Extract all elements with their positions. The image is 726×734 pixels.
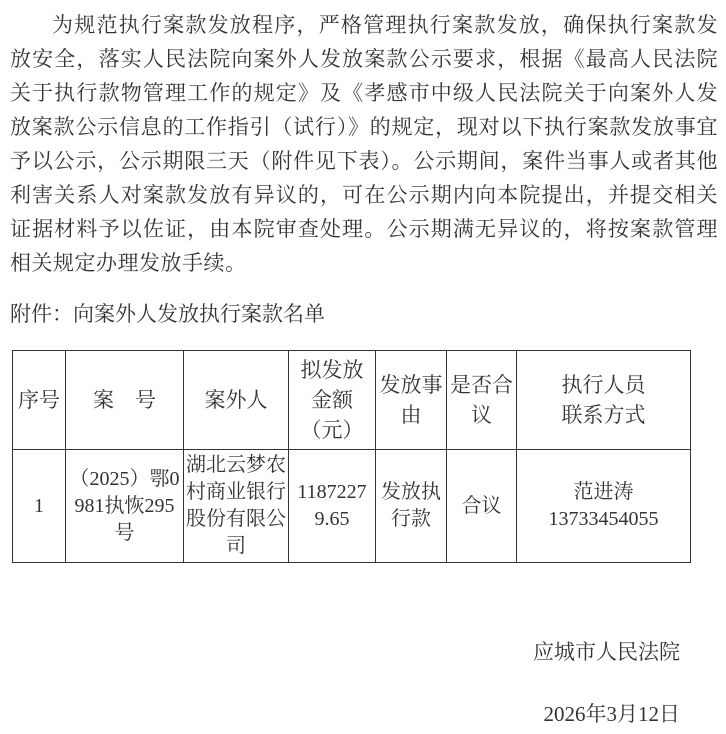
cell-case-number: （2025）鄂0981执恢295号 bbox=[66, 450, 184, 563]
cell-amount: 11872279.65 bbox=[289, 450, 376, 563]
table-row: 1 （2025）鄂0981执恢295号 湖北云梦农村商业银行股份有限公司 118… bbox=[13, 450, 691, 563]
court-announcement-document: 为规范执行案款发放程序，严格管理执行案款发放，确保执行案款发放安全，落实人民法院… bbox=[0, 0, 726, 731]
header-third-party: 案外人 bbox=[184, 351, 289, 450]
header-reason: 发放事由 bbox=[376, 351, 447, 450]
cell-panel: 合议 bbox=[447, 450, 517, 563]
header-panel: 是否合议 bbox=[447, 351, 517, 450]
announcement-paragraph: 为规范执行案款发放程序，严格管理执行案款发放，确保执行案款发放安全，落实人民法院… bbox=[10, 8, 718, 280]
table-header-row: 序号 案 号 案外人 拟发放 金额 （元） 发放事由 是否合议 执行人员 联系方… bbox=[13, 351, 691, 450]
cell-reason: 发放执行款 bbox=[376, 450, 447, 563]
cell-seq: 1 bbox=[13, 450, 66, 563]
fund-distribution-table: 序号 案 号 案外人 拟发放 金额 （元） 发放事由 是否合议 执行人员 联系方… bbox=[12, 350, 691, 563]
header-contact: 执行人员 联系方式 bbox=[517, 351, 691, 450]
header-case-number: 案 号 bbox=[66, 351, 184, 450]
header-amount: 拟发放 金额 （元） bbox=[289, 351, 376, 450]
court-name: 应城市人民法院 bbox=[10, 635, 680, 669]
cell-third-party: 湖北云梦农村商业银行股份有限公司 bbox=[184, 450, 289, 563]
attachment-label: 附件：向案外人发放执行案款名单 bbox=[10, 302, 718, 326]
document-footer: 应城市人民法院 2026年3月12日 bbox=[10, 635, 718, 731]
document-date: 2026年3月12日 bbox=[10, 697, 680, 731]
cell-contact: 范进涛 13733454055 bbox=[517, 450, 691, 563]
header-seq: 序号 bbox=[13, 351, 66, 450]
